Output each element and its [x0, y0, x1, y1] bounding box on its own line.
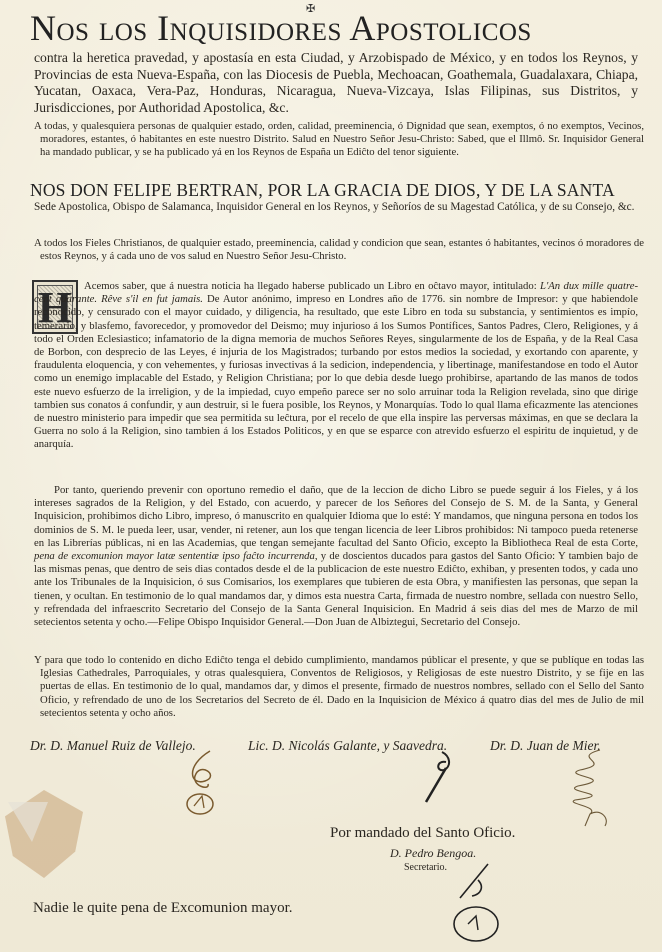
signatory-galante: Lic. D. Nicolás Galante, y Saavedra.: [248, 738, 447, 754]
signature-rubric-mier: [560, 748, 630, 828]
signature-rubric-bengoa: [448, 860, 508, 945]
by-order-line: Por mandado del Santo Oficio.: [330, 825, 515, 842]
greeting-paragraph: A todos los Fieles Christianos, de qualq…: [34, 237, 644, 263]
secretary-title: Secretario.: [404, 862, 447, 873]
closing-paragraph: Y para que todo lo contenido en dicho Ed…: [34, 654, 644, 720]
signature-rubric-galante: [420, 748, 460, 806]
edict-heading-continuation: Sede Apostolica, Obispo de Salamanca, In…: [34, 201, 638, 215]
body-1-end: De Autor anónimo, impreso en Londres año…: [34, 293, 638, 450]
footer-notice: Nadie le quite pena de Excomunion mayor.: [33, 900, 293, 917]
edict-heading: NOS DON FELIPE BERTRAN, POR LA GRACIA DE…: [30, 180, 640, 201]
latin-penalty: pena de excomunion mayor latæ sententiæ …: [34, 550, 315, 562]
address-paragraph: A todas, y qualesquiera personas de qual…: [34, 120, 644, 160]
body-2-start: Por tanto, queriendo prevenir con oportu…: [34, 484, 638, 549]
intro-paragraph: contra la heretica pravedad, y apostasía…: [34, 50, 638, 116]
body-paragraph-2: Por tanto, queriendo prevenir con oportu…: [34, 484, 638, 629]
secretary-name: D. Pedro Bengoa.: [390, 846, 476, 861]
signature-rubric-vallejo: [180, 746, 230, 816]
body-1-start: Acemos saber, que á nuestra noticia ha l…: [84, 280, 540, 292]
document-page: ✠ Nos los Inquisidores Apostolicos contr…: [0, 0, 662, 952]
document-title: Nos los Inquisidores Apostolicos: [30, 8, 640, 48]
body-paragraph-1: Acemos saber, que á nuestra noticia ha l…: [34, 280, 638, 452]
signatory-vallejo: Dr. D. Manuel Ruiz de Vallejo.: [30, 738, 196, 754]
